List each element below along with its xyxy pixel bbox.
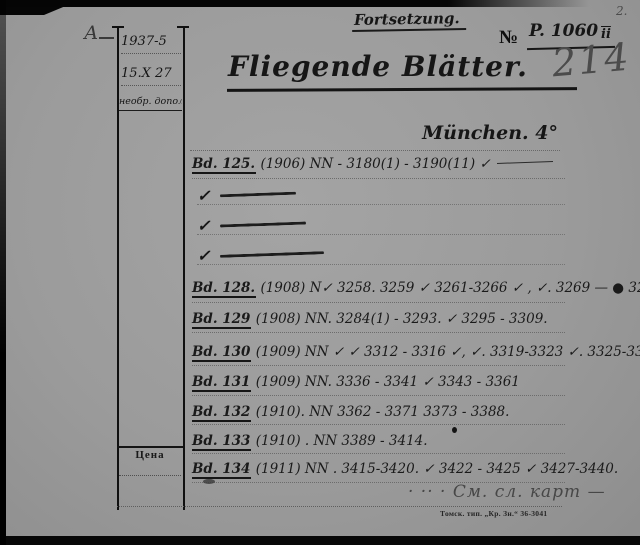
- bottom-dotted-rule: [117, 506, 562, 507]
- checkmark: ✓: [197, 186, 210, 205]
- sheet-number-pencil: 214: [550, 35, 632, 86]
- card-title: Fliegende Blätter.: [228, 50, 528, 83]
- price-cell-top-rule: [117, 446, 183, 448]
- ink-smudge: [203, 479, 215, 484]
- scan-edge-top: [0, 0, 640, 7]
- continuation-heading: Fortsetzung.: [352, 9, 466, 32]
- volume-issues: (1908) NN. 3284(1) - 3293. ✓ 3295 - 3309…: [256, 311, 548, 327]
- volume-issues: (1909) NN. 3336 - 3341 ✓ 3343 - 3361: [256, 374, 520, 390]
- volume-number: Bd. 128.: [192, 280, 256, 298]
- ink-stroke: [220, 222, 306, 228]
- volume-number: Bd. 130: [192, 344, 251, 362]
- scan-edge-left: [0, 0, 6, 545]
- column-top-serif-right: [177, 26, 189, 28]
- number-stamp: №: [499, 27, 518, 49]
- volume-number: Bd. 131: [192, 374, 251, 392]
- checkmark: ✓: [197, 216, 210, 235]
- checkmark: ✓: [197, 246, 210, 265]
- check-row-3: ✓: [197, 246, 565, 265]
- volume-issues: (1910). NN 3362 - 3371 3373 - 3388.: [256, 404, 510, 420]
- volume-issues: (1909) NN ✓ ✓ 3312 - 3316 ✓, ✓. 3319-332…: [256, 344, 640, 360]
- scanned-card-paper: Fortsetzung. № P. 1060 ii 2. 214 Fliegen…: [0, 0, 640, 545]
- entry-bd-130: Bd. 130 (1909) NN ✓ ✓ 3312 - 3316 ✓, ✓. …: [192, 344, 565, 366]
- volume-issues: (1906) NN ‑ 3180(1) - 3190(11) ✓: [260, 156, 490, 172]
- margin-letter: А: [84, 22, 98, 44]
- volume-number: Bd. 132: [192, 404, 251, 422]
- check-row-1: ✓: [197, 186, 565, 205]
- entry-bd-133: Bd. 133 (1910) . NN 3389 - 3414.: [192, 433, 565, 454]
- ink-stroke: [220, 192, 296, 198]
- price-label: Цена: [117, 449, 183, 461]
- margin-note: необр. дополн.: [119, 96, 182, 111]
- entry-bd-128: Bd. 128. (1908) N✓ 3258. 3259 ✓ 3261-326…: [192, 280, 565, 303]
- margin-letter-dash: [99, 37, 114, 39]
- scan-edge-bottom: [0, 536, 640, 545]
- ink-dot: [452, 427, 457, 433]
- entry-bd-132: Bd. 132 (1910). NN 3362 - 3371 3373 - 33…: [192, 404, 565, 425]
- entry-bd-131: Bd. 131 (1909) NN. 3336 - 3341 ✓ 3343 - …: [192, 374, 565, 396]
- price-cell-dotted-rule: [119, 475, 181, 476]
- printer-imprint: Томск. тип. „Кр. Зн.“ 36-3041: [440, 509, 547, 518]
- accession-number: 1937-5: [121, 34, 181, 54]
- check-row-2: ✓: [197, 216, 565, 235]
- ink-stroke: [220, 251, 324, 258]
- column-top-serif-left: [112, 26, 124, 28]
- entry-bd-129: Bd. 129 (1908) NN. 3284(1) - 3293. ✓ 329…: [192, 311, 565, 333]
- publication-place: München. 4°: [340, 122, 558, 144]
- volume-number: Bd. 125.: [192, 156, 256, 174]
- volume-number: Bd. 133: [192, 433, 251, 451]
- entry-bd-134: Bd. 134 (1911) NN . 3415-3420. ✓ 3422 - …: [192, 461, 565, 483]
- ink-stroke: [497, 161, 553, 164]
- see-next-card-note: · ·· · См. сл. карт —: [408, 482, 606, 502]
- accession-date: 15.X 27: [121, 66, 181, 86]
- volume-number: Bd. 134: [192, 461, 251, 479]
- volume-number: Bd. 129: [192, 311, 251, 329]
- entry-bd-125: Bd. 125. (1906) NN ‑ 3180(1) - 3190(11) …: [192, 156, 565, 179]
- title-underline: [227, 87, 577, 92]
- volume-issues: (1910) . NN 3389 - 3414.: [256, 433, 428, 449]
- volume-issues: (1908) N✓ 3258. 3259 ✓ 3261-3266 ✓ , ✓. …: [260, 280, 640, 296]
- dotted-rule: [190, 150, 560, 151]
- volume-issues: (1911) NN . 3415-3420. ✓ 3422 - 3425 ✓ 3…: [256, 461, 618, 477]
